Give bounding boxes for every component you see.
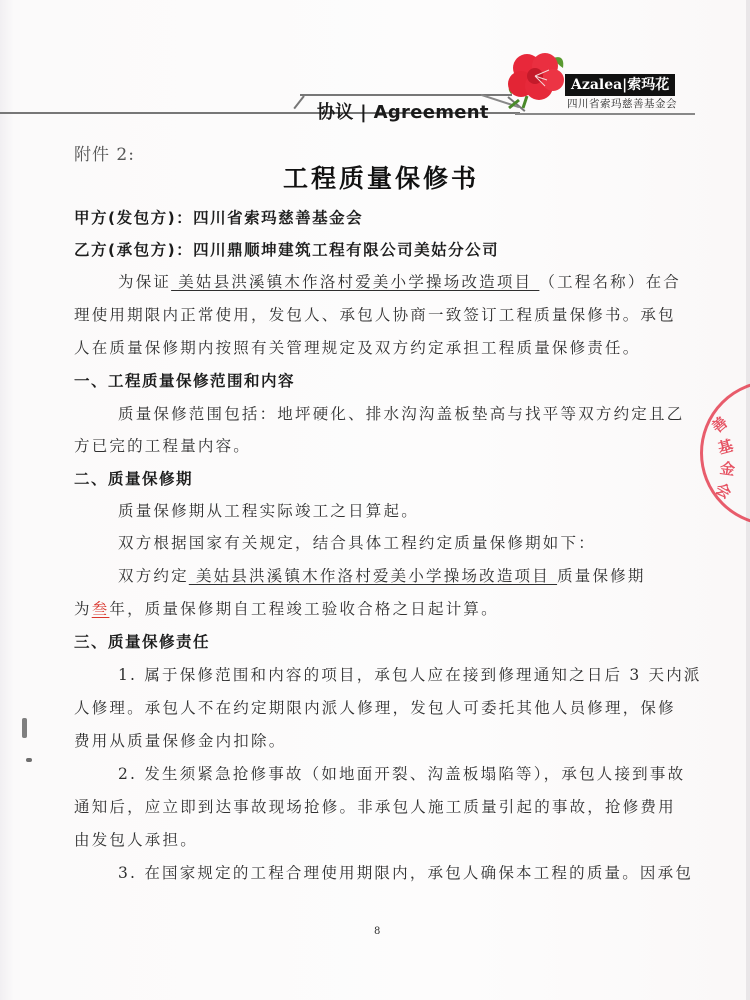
item-1-line-2: 人修理。承包人不在约定期限内派人修理，发包人可委托其他人员修理，保修 [74,696,676,718]
item-1-line-3: 费用从质量保修金内扣除。 [74,729,286,751]
header-title: 协议 | Agreement [317,98,489,124]
warranty-suffix: 年，质量保修期自工程竣工验收合格之日起计算。 [109,600,498,618]
intro-line-2: 理使用期限内正常使用，发包人、承包人协商一致签订工程质量保修书。承包 [74,303,676,325]
logo-banner: Azalea|索玛花 [565,74,675,96]
section-2-line-1: 质量保修期从工程实际竣工之日算起。 [118,499,419,521]
intro-suffix: （工程名称）在合 [539,273,681,291]
project-name-blank: 美姑县洪溪镇木作洛村爱美小学操场改造项目 [171,273,539,291]
item-2-line-3: 由发包人承担。 [74,828,198,850]
item-1-line-1: 1. 属于保修范围和内容的项目，承包人应在接到修理通知之日后 3 天内派 [118,663,702,685]
agreement-project-blank: 美姑县洪溪镇木作洛村爱美小学操场改造项目 [189,567,557,585]
party-b: 乙方(承包方)：四川鼎顺坤建筑工程有限公司美姑分公司 [74,238,499,260]
azalea-flower-icon [505,50,571,110]
intro-line-1: 为保证 美姑县洪溪镇木作洛村爱美小学操场改造项目 （工程名称）在合 [118,270,681,292]
section-heading-3: 三、质量保修责任 [74,630,210,652]
party-a: 甲方(发包方)：四川省索玛慈善基金会 [74,206,363,228]
section-heading-2: 二、质量保修期 [74,467,193,489]
attachment-label: 附件 2: [74,140,135,165]
logo-rule [515,113,695,115]
item-2-line-2: 通知后，应立即到达事故现场抢修。非承包人施工质量引起的事故，抢修费用 [74,795,676,817]
section-2-agreement-line: 双方约定 美姑县洪溪镇木作洛村爱美小学操场改造项目 质量保修期 [118,564,646,586]
section-1-line-2: 方已完的工程量内容。 [74,434,251,456]
document-page: 协议 | Agreement Azalea|索玛花 四川省索玛慈善基金会 附件 … [0,0,750,1000]
item-3-line-1: 3. 在国家规定的工程合理使用期限内，承包人确保本工程的质量。因承包 [118,861,693,883]
intro-line-3: 人在质量保修期内按照有关管理规定及双方约定承担工程质量保修责任。 [74,336,640,358]
seal-text: 金 [719,457,737,480]
agreement-prefix: 双方约定 [118,567,189,585]
intro-prefix: 为保证 [118,273,171,291]
section-2-line-2: 双方根据国家有关规定，结合具体工程约定质量保修期如下： [118,531,596,553]
warranty-years: 叁 [92,600,110,618]
warranty-prefix: 为 [74,600,92,618]
agreement-suffix: 质量保修期 [557,567,646,585]
binding-mark [22,718,27,738]
binding-mark [26,758,32,762]
section-1-line-1: 质量保修范围包括：地坪硬化、排水沟沟盖板垫高与找平等双方约定且乙 [118,402,684,424]
document-title: 工程质量保修书 [283,159,479,195]
section-2-warranty-line: 为叁年，质量保修期自工程竣工验收合格之日起计算。 [74,597,499,619]
page-number: 8 [374,926,380,937]
logo-subtitle: 四川省索玛慈善基金会 [567,96,677,111]
section-heading-1: 一、工程质量保修范围和内容 [74,369,295,391]
item-2-line-1: 2. 发生须紧急抢修事故（如地面开裂、沟盖板塌陷等），承包人接到事故 [118,762,685,784]
